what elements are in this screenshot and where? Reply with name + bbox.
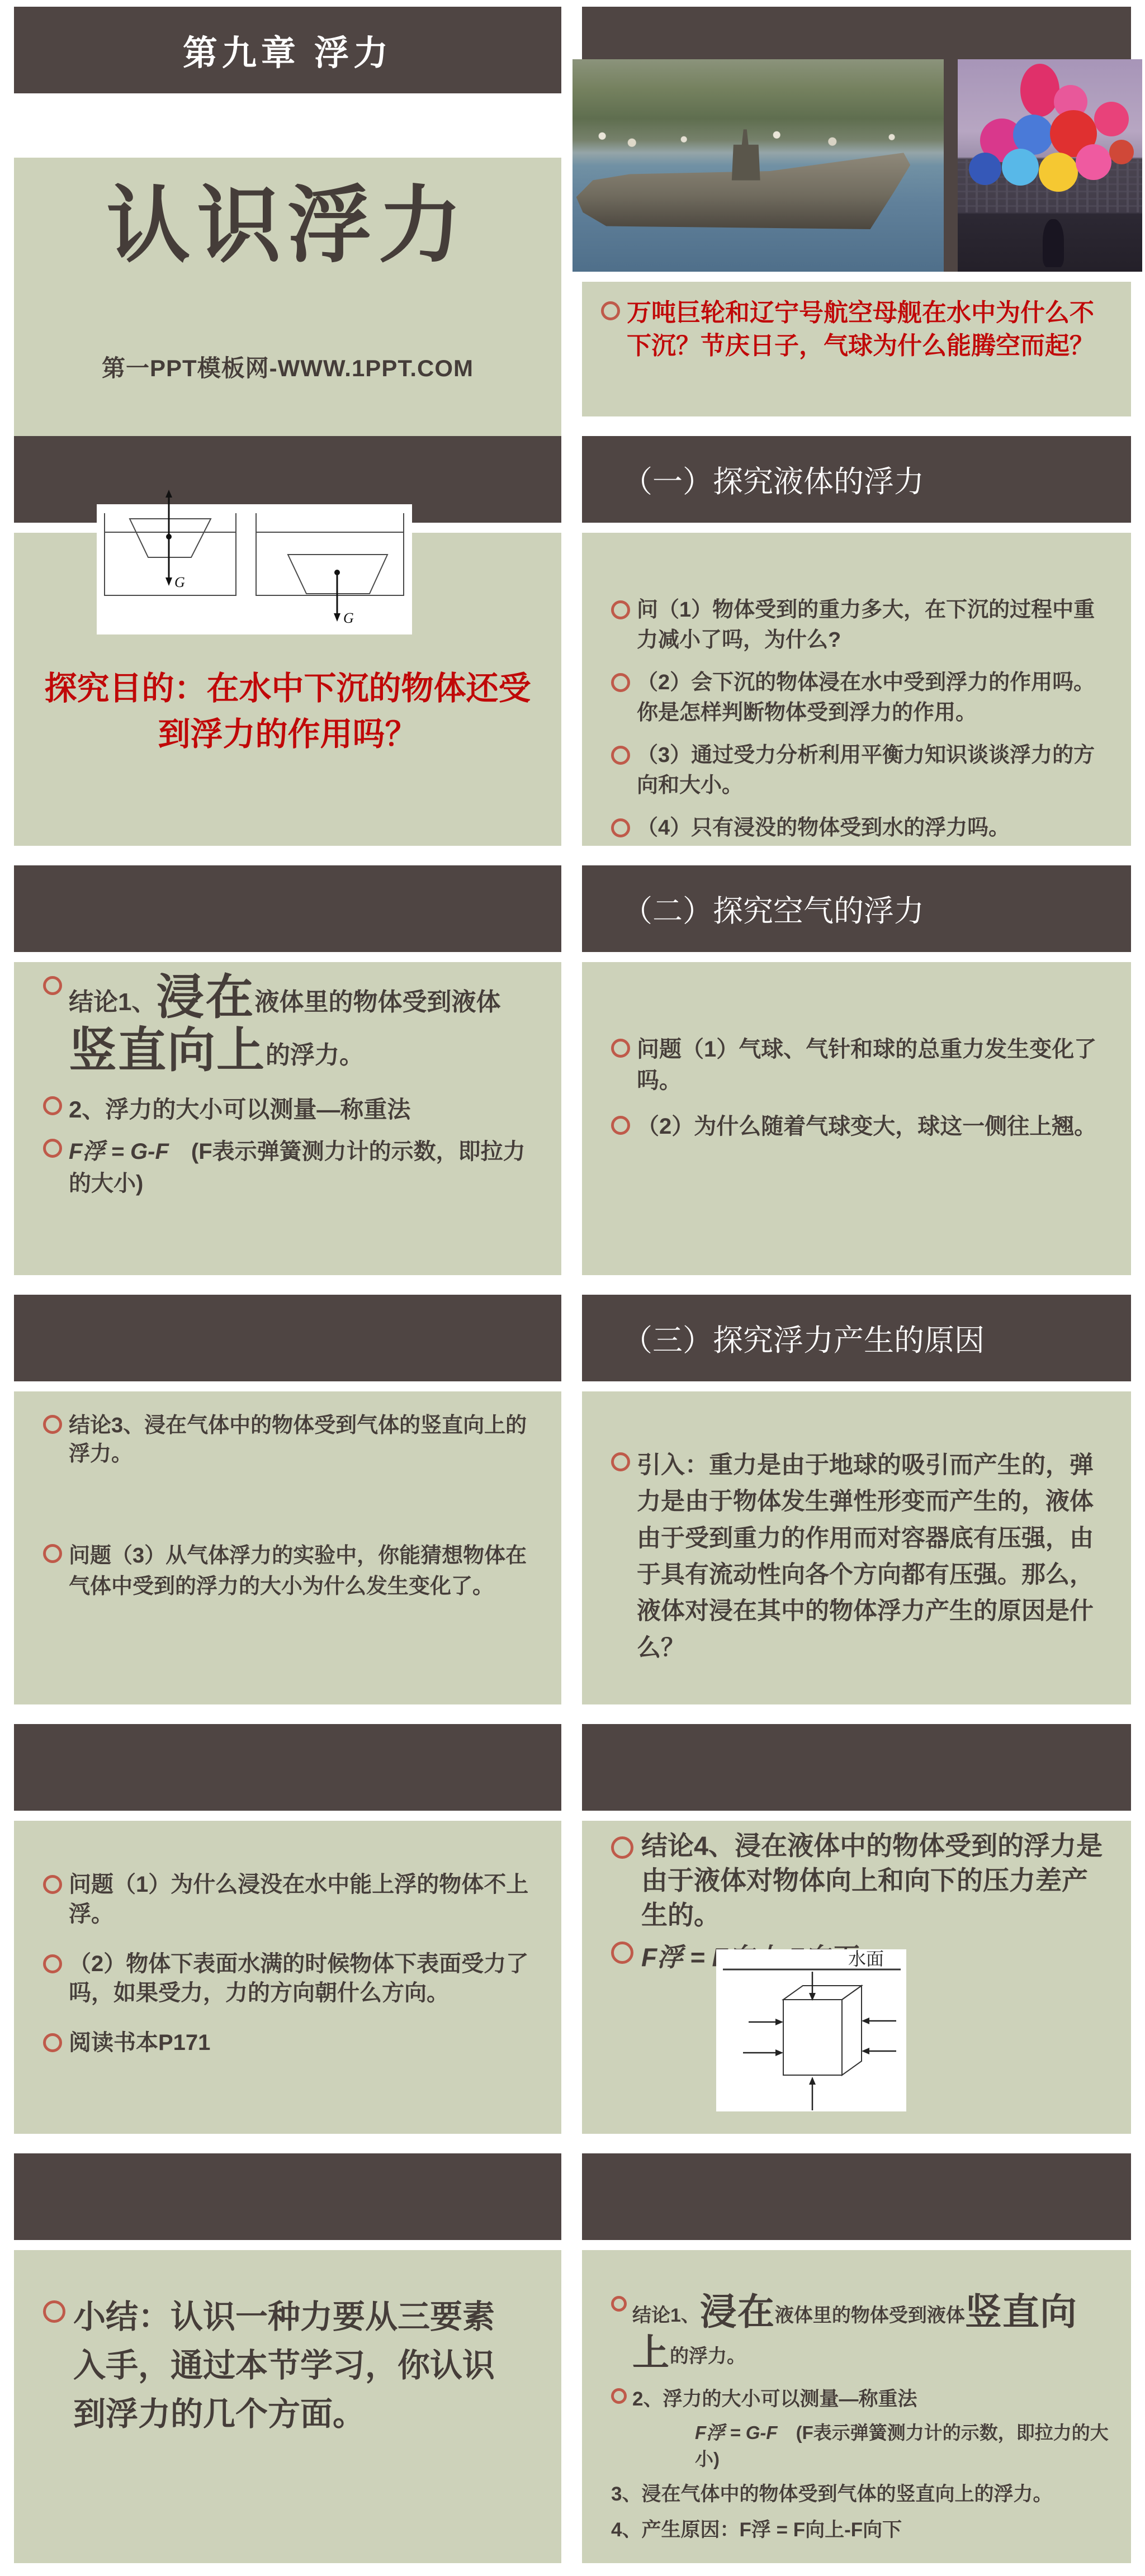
bullet-text: （2）物体下表面水满的时候物体下表面受力了吗，如果受力，力的方向朝什么方向。 (69, 1949, 540, 2009)
bullet-text: （3）通过受力分析利用平衡力知识谈谈浮力的方向和大小。 (637, 741, 1110, 801)
slide-7-conclusion3: 结论3、浸在气体中的物体受到气体的竖直向上的浮力。 问题（3）从气体浮力的实验中… (14, 1295, 561, 1704)
emphasis-immersed: 浸在 (156, 970, 254, 1024)
formula-line: F浮 = G-F (F表示弹簧测力计的示数，即拉力的大小) (43, 1134, 540, 1197)
water-surface-label: 水面 (848, 1949, 884, 1969)
emphasis-upward: 竖直向上 (69, 1024, 266, 1077)
balloon (1020, 64, 1059, 117)
chapter-title: 第九章 浮力 (183, 25, 392, 75)
recap-formula-line: F浮 = G-F (F表示弹簧测力计的示数，即拉力的大小) (695, 2418, 1110, 2471)
summary-text: 小结：认识一种力要从三要素入手，通过本节学习，你认识到浮力的几个方面。 (73, 2293, 498, 2438)
recap-measure-text: 2、浮力的大小可以测量—称重法 (632, 2384, 917, 2412)
intro-paragraph: 引入：重力是由于地球的吸引而产生的，弹力是由于物体发生弹性形变而产生的，液体由于… (611, 1447, 1110, 1666)
buoyancy-formula: F浮 = G-F (695, 2422, 778, 2443)
slide-6-body: 问题（1）气球、气针和球的总重力发生变化了吗。 （2）为什么随着气球变大，球这一… (582, 962, 1131, 1275)
question-3-line: 问题（3）从气体浮力的实验中，你能猜想物体在气体中受到的浮力的大小为什么发生变化… (43, 1541, 540, 1602)
slide-1-title: 第九章 浮力 认识浮力 第一PPT模板网-WWW.1PPT.COM (14, 7, 561, 416)
list-item: 阅读书本P171 (43, 2028, 540, 2058)
balloon (969, 153, 1001, 185)
summary-line: 小结：认识一种力要从三要素入手，通过本节学习，你认识到浮力的几个方面。 (43, 2293, 540, 2438)
reading-reference: 阅读书本P171 (69, 2028, 210, 2058)
intro-question: 万吨巨轮和辽宁号航空母舰在水中为什么不下沉？节庆日子，气球为什么能腾空而起？ (627, 296, 1114, 363)
slide-5-conclusion1: 结论1、浸在液体里的物体受到液体竖直向上的浮力。 2、浮力的大小可以测量—称重法… (14, 865, 561, 1275)
slide-11-summary: 小结：认识一种力要从三要素入手，通过本节学习，你认识到浮力的几个方面。 (14, 2153, 561, 2563)
buoyancy-formula: F浮 = G-F (69, 1139, 169, 1164)
bullet-circle-icon (43, 1096, 62, 1115)
template-site-credit: 第一PPT模板网-WWW.1PPT.COM (14, 350, 561, 383)
section-title-3: （三）探究浮力产生的原因 (622, 1317, 985, 1360)
list-item: （4）只有浸没的物体受到水的浮力吗。 (611, 813, 1110, 844)
slide-10-header (582, 1724, 1131, 1811)
question-3-text: 问题（3）从气体浮力的实验中，你能猜想物体在气体中受到的浮力的大小为什么发生变化… (69, 1541, 540, 1602)
bullet-circle-icon (43, 2033, 62, 2052)
balloon (1076, 144, 1111, 180)
list-item: 问题（1）为什么浸没在水中能上浮的物体不上浮。 (43, 1870, 540, 1929)
bullet-circle-icon (611, 673, 630, 692)
hillside-buildings (572, 97, 944, 153)
conclusion-4-text: 结论4、浸在液体中的物体受到的浮力是由于液体对物体向上和向下的压力差产生的。 (641, 1829, 1110, 1933)
bullet-text: 问题（1）为什么浸没在水中能上浮的物体不上浮。 (69, 1870, 540, 1929)
list-item: （2）为什么随着气球变大，球这一侧往上翘。 (611, 1111, 1110, 1142)
slide-3-body: G G 探究目的：在水中下沉的物体还受 到浮力的作用吗？ (14, 533, 561, 846)
bullet-circle-icon (43, 1139, 62, 1158)
balloon (1109, 140, 1134, 164)
balloon (1094, 102, 1129, 136)
bullet-text: 问（1）物体受到的重力多大，在下沉的过程中重力减小了吗，为什么? (637, 595, 1110, 656)
bullet-circle-icon (43, 1875, 62, 1894)
bullet-circle-icon (601, 301, 620, 320)
bullet-circle-icon (43, 2300, 65, 2323)
slide-1-header: 第九章 浮力 (14, 7, 561, 93)
slide-8-body: 引入：重力是由于地球的吸引而产生的，弹力是由于物体发生弹性形变而产生的，液体由于… (582, 1391, 1131, 1704)
recap-1-prefix: 结论1、 (632, 2305, 700, 2326)
lesson-title: 认识浮力 (14, 158, 561, 278)
slide-4-body: 问（1）物体受到的重力多大，在下沉的过程中重力减小了吗，为什么? （2）会下沉的… (582, 533, 1131, 846)
conclusion-3-text: 结论3、浸在气体中的物体受到气体的竖直向上的浮力。 (69, 1412, 540, 1469)
slide-7-header (14, 1295, 561, 1381)
recap-cause-line: 4、产生原因：F浮 = F向上-F向下 (611, 2515, 1110, 2542)
slide-5-body: 结论1、浸在液体里的物体受到液体竖直向上的浮力。 2、浮力的大小可以测量—称重法… (14, 962, 561, 1275)
intro-text: 引入：重力是由于地球的吸引而产生的，弹力是由于物体发生弹性形变而产生的，液体由于… (637, 1447, 1110, 1666)
measure-line: 2、浮力的大小可以测量—称重法 (43, 1091, 540, 1125)
list-item: 问题（1）气球、气针和球的总重力发生变化了吗。 (611, 1034, 1110, 1096)
recap-gas-line: 3、浸在气体中的物体受到气体的竖直向上的浮力。 (611, 2479, 1110, 2507)
conclusion-1-line: 结论1、浸在液体里的物体受到液体竖直向上的浮力。 (43, 971, 540, 1077)
bullet-circle-icon (611, 818, 630, 837)
slide-5-header (14, 865, 561, 952)
bullet-text: （4）只有浸没的物体受到水的浮力吗。 (637, 813, 1010, 844)
list-item: （2）物体下表面水满的时候物体下表面受力了吗，如果受力，力的方向朝什么方向。 (43, 1949, 540, 2009)
slide-11-header (14, 2153, 561, 2240)
bullet-circle-icon (611, 1116, 630, 1135)
slide-10-conclusion4: 结论4、浸在液体中的物体受到的浮力是由于液体对物体向上和向下的压力差产生的。 F… (582, 1724, 1131, 2134)
recap-conclusion-1: 结论1、浸在液体里的物体受到液体竖直向上的浮力。 (611, 2291, 1110, 2373)
bullet-circle-icon (611, 1942, 633, 1964)
slide-3-goal: G G 探究目的：在水中下沉的物体还受 到浮力的作用吗？ (14, 436, 561, 846)
bullet-circle-icon (611, 2388, 627, 2404)
slide-9-questions: 问题（1）为什么浸没在水中能上浮的物体不上浮。 （2）物体下表面水满的时候物体下… (14, 1724, 561, 2134)
balloons-photo (958, 59, 1142, 272)
slide-9-header (14, 1724, 561, 1811)
bullet-circle-icon (43, 976, 62, 995)
section-title-2: （二）探究空气的浮力 (622, 887, 924, 930)
slide-1-body: 认识浮力 第一PPT模板网-WWW.1PPT.COM (14, 158, 561, 471)
slide-10-body: 结论4、浸在液体中的物体受到的浮力是由于液体对物体向上和向下的压力差产生的。 F… (582, 1821, 1131, 2134)
slide-11-body: 小结：认识一种力要从三要素入手，通过本节学习，你认识到浮力的几个方面。 (14, 2250, 561, 2563)
conclusion-1-mid: 液体里的物体受到液体 (254, 988, 500, 1016)
slide-7-body: 结论3、浸在气体中的物体受到气体的竖直向上的浮力。 问题（3）从气体浮力的实验中… (14, 1391, 561, 1704)
bullet-circle-icon (43, 1544, 62, 1563)
bullet-circle-icon (611, 1039, 630, 1058)
slide-8-cause: （三）探究浮力产生的原因 引入：重力是由于地球的吸引而产生的，弹力是由于物体发生… (582, 1295, 1131, 1704)
list-item: 问（1）物体受到的重力多大，在下沉的过程中重力减小了吗，为什么? (611, 595, 1110, 656)
conclusion-3-line: 结论3、浸在气体中的物体受到气体的竖直向上的浮力。 (43, 1412, 540, 1469)
gravity-label: G (174, 574, 185, 590)
slide-6-header: （二）探究空气的浮力 (582, 865, 1131, 952)
balloon (1002, 149, 1039, 186)
recap-1-end: 的浮力。 (670, 2346, 746, 2367)
slide-4-liquid: （一）探究液体的浮力 问（1）物体受到的重力多大，在下沉的过程中重力减小了吗，为… (582, 436, 1131, 846)
bullet-circle-icon (43, 1954, 62, 1973)
slide-4-header: （一）探究液体的浮力 (582, 436, 1131, 523)
bullet-text: 问题（1）气球、气针和球的总重力发生变化了吗。 (637, 1034, 1110, 1096)
slide-2-intro: 万吨巨轮和辽宁号航空母舰在水中为什么不下沉？节庆日子，气球为什么能腾空而起？ (582, 7, 1131, 416)
recap-measure-line: 2、浮力的大小可以测量—称重法 (611, 2384, 1110, 2412)
slide-6-air: （二）探究空气的浮力 问题（1）气球、气针和球的总重力发生变化了吗。 （2）为什… (582, 865, 1131, 1275)
slide-12-body: 结论1、浸在液体里的物体受到液体竖直向上的浮力。 2、浮力的大小可以测量—称重法… (582, 2250, 1131, 2563)
emphasis-immersed: 浸在 (700, 2291, 775, 2332)
bullet-text: （2）会下沉的物体浸在水中受到浮力的作用吗。你是怎样判断物体受到浮力的作用。 (637, 668, 1110, 728)
aircraft-carrier-photo (572, 59, 944, 272)
balloon-vendor-silhouette (1043, 219, 1064, 267)
slide-2-body: 万吨巨轮和辽宁号航空母舰在水中为什么不下沉？节庆日子，气球为什么能腾空而起？ (582, 282, 1131, 416)
slide-8-header: （三）探究浮力产生的原因 (582, 1295, 1131, 1381)
balloon (1039, 153, 1078, 192)
list-item: （2）会下沉的物体浸在水中受到浮力的作用吗。你是怎样判断物体受到浮力的作用。 (611, 668, 1110, 728)
recap-1-mid: 液体里的物体受到液体 (775, 2305, 965, 2326)
conclusion-1-end: 的浮力。 (266, 1041, 364, 1069)
beaker-diagram-svg: G G (97, 504, 412, 634)
bullet-circle-icon (611, 1452, 630, 1471)
bullet-text: （2）为什么随着气球变大，球这一侧往上翘。 (637, 1111, 1096, 1142)
beaker-diagram: G G (97, 504, 412, 634)
bullet-circle-icon (611, 746, 630, 765)
goal-line-2: 到浮力的作用吗？ (14, 712, 561, 757)
goal-line-1: 探究目的：在水中下沉的物体还受 (14, 666, 561, 712)
bullet-circle-icon (611, 1836, 633, 1859)
pressure-cube-diagram: 水面 (716, 1949, 906, 2111)
conclusion-4-line: 结论4、浸在液体中的物体受到的浮力是由于液体对物体向上和向下的压力差产生的。 (611, 1829, 1110, 1933)
bullet-circle-icon (611, 600, 630, 619)
gravity-label: G (343, 610, 354, 626)
slide-12-recap: 结论1、浸在液体里的物体受到液体竖直向上的浮力。 2、浮力的大小可以测量—称重法… (582, 2153, 1131, 2563)
bullet-circle-icon (43, 1415, 62, 1434)
slide-12-header (582, 2153, 1131, 2240)
list-item: （3）通过受力分析利用平衡力知识谈谈浮力的方向和大小。 (611, 741, 1110, 801)
measure-text: 2、浮力的大小可以测量—称重法 (69, 1091, 410, 1125)
section-title-1: （一）探究液体的浮力 (622, 458, 924, 501)
conclusion-1-prefix: 结论1、 (69, 988, 156, 1016)
bullet-circle-icon (611, 2296, 627, 2312)
pressure-cube-svg: 水面 (716, 1949, 906, 2111)
slide-9-body: 问题（1）为什么浸没在水中能上浮的物体不上浮。 （2）物体下表面水满的时候物体下… (14, 1821, 561, 2134)
